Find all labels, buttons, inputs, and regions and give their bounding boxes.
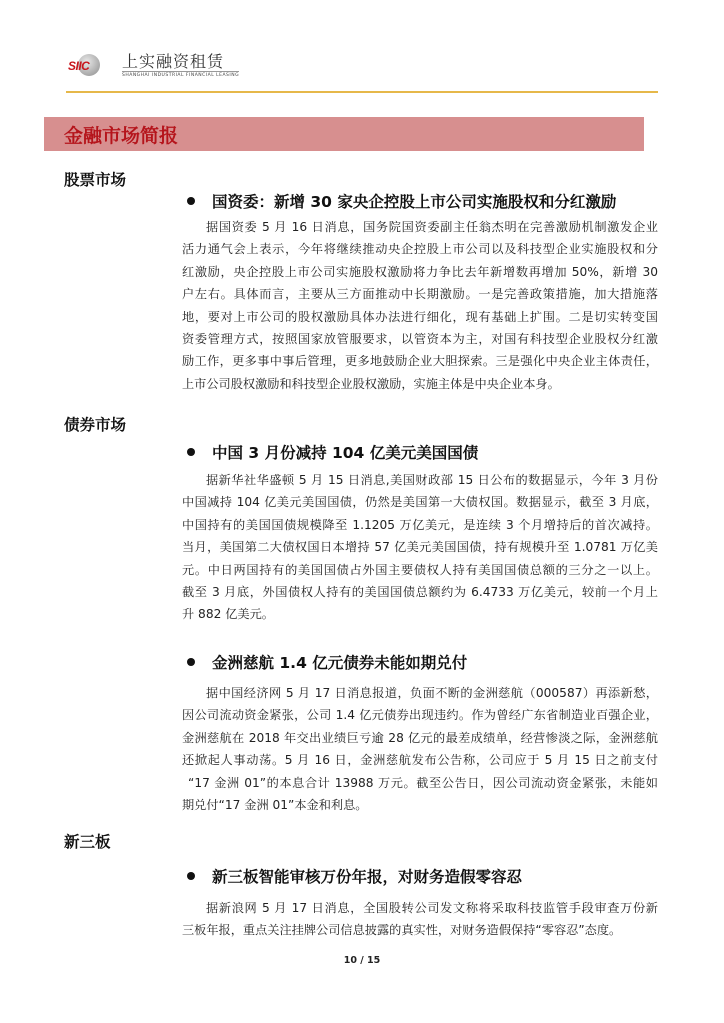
body-line: 据中国经济网 5 月 17 日消息报道，负面不断的金洲慈航（000587）再添新… [182, 682, 658, 704]
body-line: 据国资委 5 月 16 日消息，国务院国资委副主任翁杰明在完善激励机制激发企业 [182, 216, 658, 238]
body-line: 中国减持 104 亿美元美国国债，仍然是美国第一大债权国。数据显示，截至 3 月… [182, 491, 658, 513]
company-name-en: SHANGHAI INDUSTRIAL FINANCIAL LEASING [122, 71, 239, 78]
article-title: 新三板智能审核万份年报，对财务造假零容忍 [212, 865, 522, 887]
page-number: 10 / 15 [0, 955, 724, 966]
article-body: 据中国经济网 5 月 17 日消息报道，负面不断的金洲慈航（000587）再添新… [182, 682, 658, 816]
body-line: 当月，美国第二大债权国日本增持 57 亿美元美国国债，持有规模升至 1.0781… [182, 536, 658, 558]
section-heading-bond: 债券市场 [64, 413, 126, 435]
bullet-icon [187, 658, 195, 666]
article-title-row: 新三板智能审核万份年报，对财务造假零容忍 [187, 865, 522, 887]
article-title-row: 国资委：新增 30 家央企控股上市公司实施股权和分红激励 [187, 190, 616, 212]
section-banner: 金融市场简报 [44, 117, 644, 151]
header-divider [66, 91, 658, 93]
body-line: 中国持有的美国国债规模降至 1.1205 万亿美元，是连续 3 个月增持后的首次… [182, 514, 658, 536]
article-body: 据国资委 5 月 16 日消息，国务院国资委副主任翁杰明在完善激励机制激发企业 … [182, 216, 658, 395]
article-title: 金洲慈航 1.4 亿元债券未能如期兑付 [212, 651, 467, 673]
body-line: 据新华社华盛顿 5 月 15 日消息,美国财政部 15 日公布的数据显示，今年 … [182, 469, 658, 491]
section-heading-stock: 股票市场 [64, 168, 126, 190]
body-line: 还掀起人事动荡。5 月 16 日，金洲慈航发布公告称，公司应于 5 月 15 日… [182, 749, 658, 771]
article-title: 中国 3 月份减持 104 亿美元美国国债 [212, 441, 478, 463]
body-line: 因公司流动资金紧张，公司 1.4 亿元债券出现违约。作为曾经广东省制造业百强企业… [182, 704, 658, 726]
body-line: 升 882 亿美元。 [182, 603, 658, 625]
body-line: “17 金洲 01”的本息合计 13988 万元。截至公告日，因公司流动资金紧张… [182, 772, 658, 794]
article-body: 据新华社华盛顿 5 月 15 日消息,美国财政部 15 日公布的数据显示，今年 … [182, 469, 658, 626]
body-line: 上市公司股权激励和科技型企业股权激励，实施主体是中央企业本身。 [182, 373, 658, 395]
section-heading-neeq: 新三板 [64, 830, 111, 852]
body-line: 励工作，更多事中事后管理，更多地鼓励企业大胆探索。三是强化中央企业主体责任， [182, 350, 658, 372]
company-name-cn: 上实融资租赁 [122, 53, 239, 71]
body-line: 资委管理方式，按照国家放管服要求，以管资本为主，对国有科技型企业股权分红激 [182, 328, 658, 350]
bullet-icon [187, 872, 195, 880]
body-line: 地，要对上市公司的股权激励具体办法进行细化，现有基础上扩围。二是切实转变国 [182, 306, 658, 328]
article-title-row: 中国 3 月份减持 104 亿美元美国国债 [187, 441, 478, 463]
body-line: 元。中日两国持有的美国国债占外国主要债权人持有美国国债总额的三分之一以上。 [182, 559, 658, 581]
body-line: 金洲慈航在 2018 年交出业绩巨亏逾 28 亿元的最差成绩单，经营惨淡之际，金… [182, 727, 658, 749]
body-line: 户左右。具体而言，主要从三方面推动中长期激励。一是完善政策措施，加大措施落 [182, 283, 658, 305]
bullet-icon [187, 197, 195, 205]
siic-logo-icon: SIIC [68, 54, 116, 76]
body-line: 据新浪网 5 月 17 日消息，全国股转公司发文称将采取科技监管手段审查万份新 [182, 897, 658, 919]
body-line: 三板年报，重点关注挂牌公司信息披露的真实性，对财务造假保持“零容忍”态度。 [182, 919, 658, 941]
article-title: 国资委：新增 30 家央企控股上市公司实施股权和分红激励 [212, 190, 616, 212]
banner-title: 金融市场简报 [64, 121, 178, 148]
article-title-row: 金洲慈航 1.4 亿元债券未能如期兑付 [187, 651, 467, 673]
body-line: 截至 3 月底，外国债权人持有的美国国债总额约为 6.4733 万亿美元，较前一… [182, 581, 658, 603]
bullet-icon [187, 448, 195, 456]
company-logo: SIIC 上实融资租赁 SHANGHAI INDUSTRIAL FINANCIA… [68, 50, 239, 80]
body-line: 红激励，央企控股上市公司实施股权激励将力争比去年新增数再增加 50%，新增 30 [182, 261, 658, 283]
article-body: 据新浪网 5 月 17 日消息，全国股转公司发文称将采取科技监管手段审查万份新 … [182, 897, 658, 942]
body-line: 期兑付“17 金洲 01”本金和利息。 [182, 794, 658, 816]
body-line: 活力通气会上表示，今年将继续推动央企控股上市公司以及科技型企业实施股权和分 [182, 238, 658, 260]
